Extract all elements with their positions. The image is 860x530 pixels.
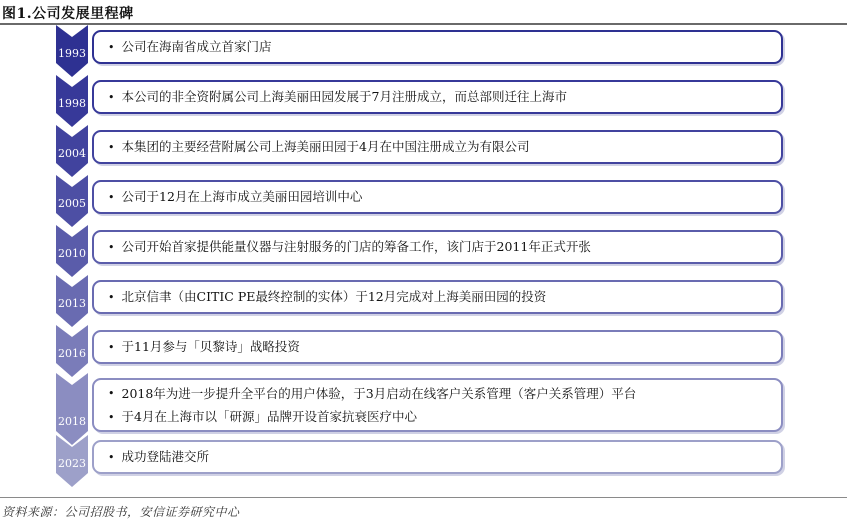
milestone-box: •本集团的主要经营附属公司上海美丽田园于4月在中国注册成立为有限公司 — [92, 130, 783, 164]
milestone-box: •本公司的非全资附属公司上海美丽田园发展于7月注册成立，而总部则迁往上海市 — [92, 80, 783, 114]
milestone-bullet: •于11月参与「贝黎诗」战略投资 — [108, 335, 767, 359]
bullet-icon: • — [108, 286, 115, 309]
year-chevron: 2023 — [56, 435, 88, 487]
milestone-text: 公司开始首家提供能量仪器与注射服务的门店的筹备工作，该门店于2011年正式开张 — [122, 239, 591, 254]
timeline: 1993•公司在海南省成立首家门店1998•本公司的非全资附属公司上海美丽田园发… — [0, 0, 860, 500]
milestone-bullet: •于4月在上海市以「研源」品牌开设首家抗衰医疗中心 — [108, 405, 767, 429]
year-chevron: 2010 — [56, 225, 88, 277]
bullet-icon: • — [108, 136, 115, 159]
milestone-bullet: •2018年为进一步提升全平台的用户体验，于3月启动在线客户关系管理（客户关系管… — [108, 382, 767, 406]
year-label: 2013 — [58, 297, 86, 310]
milestone-bullet: •公司在海南省成立首家门店 — [108, 35, 767, 59]
year-label: 1993 — [58, 47, 86, 60]
milestone-text: 本集团的主要经营附属公司上海美丽田园于4月在中国注册成立为有限公司 — [122, 139, 530, 154]
milestone-box: •成功登陆港交所 — [92, 440, 783, 474]
year-label: 2010 — [58, 247, 86, 260]
milestone-box: •2018年为进一步提升全平台的用户体验，于3月启动在线客户关系管理（客户关系管… — [92, 378, 783, 432]
milestone-text: 成功登陆港交所 — [122, 449, 210, 464]
year-label: 1998 — [58, 97, 86, 110]
year-label: 2023 — [58, 457, 86, 470]
footer-divider — [0, 497, 847, 498]
milestone-bullet: •北京信聿（由CITIC PE最终控制的实体）于12月完成对上海美丽田园的投资 — [108, 285, 767, 309]
bullet-icon: • — [108, 336, 115, 359]
year-label: 2016 — [58, 347, 86, 360]
milestone-text: 于4月在上海市以「研源」品牌开设首家抗衰医疗中心 — [122, 409, 417, 424]
milestone-text: 于11月参与「贝黎诗」战略投资 — [122, 339, 300, 354]
bullet-icon: • — [108, 86, 115, 109]
milestone-text: 2018年为进一步提升全平台的用户体验，于3月启动在线客户关系管理（客户关系管理… — [122, 386, 637, 401]
year-label: 2005 — [58, 197, 86, 210]
year-chevron: 1998 — [56, 75, 88, 127]
year-chevron: 1993 — [56, 25, 88, 77]
year-chevron: 2013 — [56, 275, 88, 327]
milestone-bullet: •本集团的主要经营附属公司上海美丽田园于4月在中国注册成立为有限公司 — [108, 135, 767, 159]
milestone-box: •公司于12月在上海市成立美丽田园培训中心 — [92, 180, 783, 214]
milestone-bullet: •成功登陆港交所 — [108, 445, 767, 469]
source-note: 资料来源：公司招股书，安信证券研究中心 — [2, 503, 240, 520]
milestone-text: 本公司的非全资附属公司上海美丽田园发展于7月注册成立，而总部则迁往上海市 — [122, 89, 567, 104]
bullet-icon: • — [108, 406, 115, 429]
year-chevron: 2016 — [56, 325, 88, 377]
milestone-box: •于11月参与「贝黎诗」战略投资 — [92, 330, 783, 364]
year-chevron: 2004 — [56, 125, 88, 177]
bullet-icon: • — [108, 186, 115, 209]
milestone-box: •公司在海南省成立首家门店 — [92, 30, 783, 64]
milestone-bullet: •公司开始首家提供能量仪器与注射服务的门店的筹备工作，该门店于2011年正式开张 — [108, 235, 767, 259]
milestone-text: 公司在海南省成立首家门店 — [122, 39, 272, 54]
bullet-icon: • — [108, 446, 115, 469]
milestone-bullet: •本公司的非全资附属公司上海美丽田园发展于7月注册成立，而总部则迁往上海市 — [108, 85, 767, 109]
year-label: 2018 — [58, 415, 86, 428]
milestone-box: •公司开始首家提供能量仪器与注射服务的门店的筹备工作，该门店于2011年正式开张 — [92, 230, 783, 264]
year-label: 2004 — [58, 147, 86, 160]
bullet-icon: • — [108, 36, 115, 59]
year-chevron: 2005 — [56, 175, 88, 227]
bullet-icon: • — [108, 236, 115, 259]
bullet-icon: • — [108, 382, 115, 405]
milestone-text: 北京信聿（由CITIC PE最终控制的实体）于12月完成对上海美丽田园的投资 — [122, 289, 547, 304]
milestone-bullet: •公司于12月在上海市成立美丽田园培训中心 — [108, 185, 767, 209]
figure: 图1.公司发展里程碑 1993•公司在海南省成立首家门店1998•本公司的非全资… — [0, 0, 860, 530]
milestone-text: 公司于12月在上海市成立美丽田园培训中心 — [122, 189, 363, 204]
milestone-box: •北京信聿（由CITIC PE最终控制的实体）于12月完成对上海美丽田园的投资 — [92, 280, 783, 314]
